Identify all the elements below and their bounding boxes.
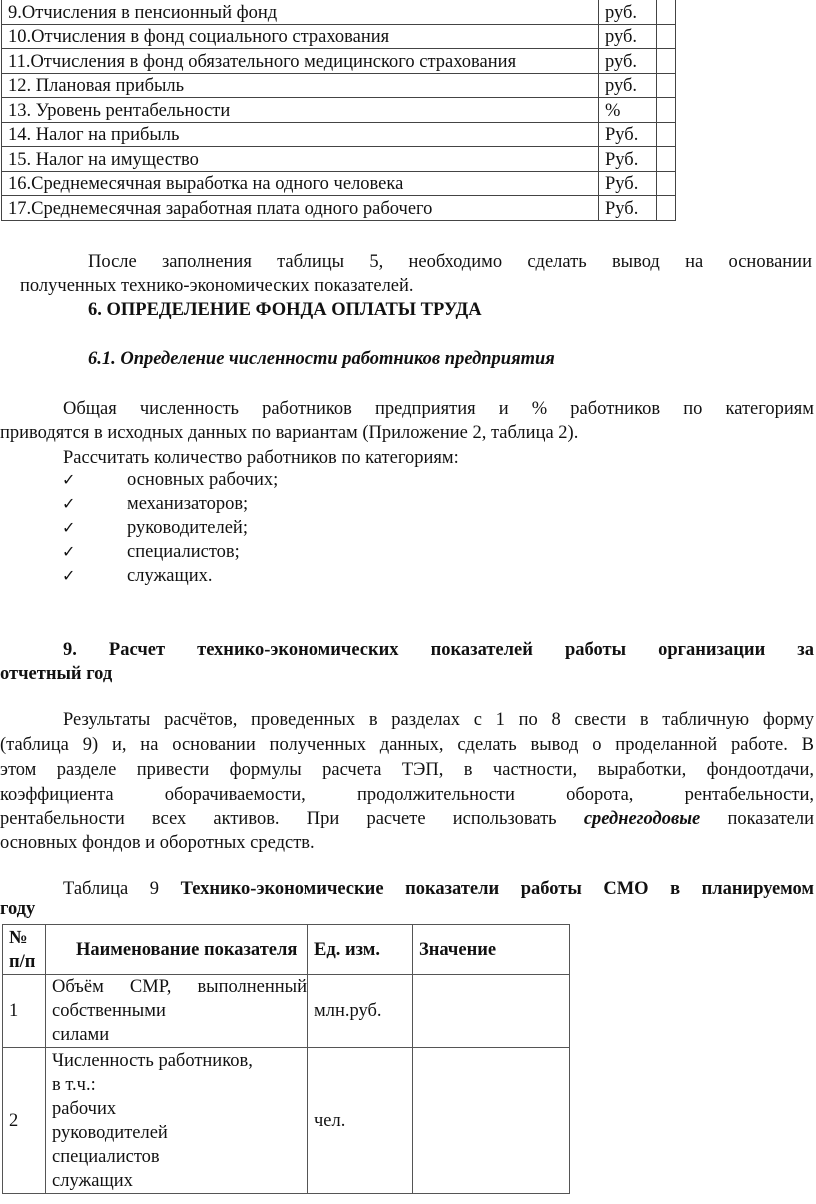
category-label: механизаторов; xyxy=(127,492,248,516)
table-row: 14. Налог на прибыльРуб. xyxy=(2,122,676,147)
headcount-paragraph-line1: Общая численность работников предприятия… xyxy=(63,397,814,422)
section-9-para-line1: Результаты расчётов, проведенных в разде… xyxy=(63,708,814,733)
section-9-heading-line2: отчетный год xyxy=(0,662,792,687)
table-9-title: Технико-экономические показатели работы … xyxy=(181,879,814,899)
para-text: показатели xyxy=(727,809,814,829)
indicator-value xyxy=(657,122,676,147)
row-value xyxy=(413,1048,570,1194)
table-row: 2 Численность работников, в т.ч.: рабочи… xyxy=(3,1048,570,1194)
table-row: 1 Объём СМР, выполненный собственнымисил… xyxy=(3,975,570,1048)
headcount-paragraph-line2: приводятся в исходных данных по варианта… xyxy=(0,421,792,446)
section-9-para-line6: основных фондов и оборотных средств. xyxy=(0,831,792,856)
emphasized-term: среднегодовые xyxy=(584,809,700,829)
table-9-label: Таблица 9 xyxy=(63,879,159,899)
section-9-para-line5: рентабельности всех активов. При расчете… xyxy=(0,807,814,832)
indicator-name: 16.Среднемесячная выработка на одного че… xyxy=(2,171,599,196)
indicator-value xyxy=(657,171,676,196)
indicator-name: 13. Уровень рентабельности xyxy=(2,98,599,123)
category-label: основных рабочих; xyxy=(127,468,278,492)
table-header-row: №п/п Наименование показателя Ед. изм. Зн… xyxy=(3,925,570,975)
conclusion-note-line1: После заполнения таблицы 5, необходимо с… xyxy=(88,250,812,275)
indicator-name: 10.Отчисления в фонд социального страхов… xyxy=(2,24,599,49)
para-text: рентабельности всех активов. При расчете… xyxy=(0,809,557,829)
header-unit: Ед. изм. xyxy=(308,925,413,975)
table-row: 16.Среднемесячная выработка на одного че… xyxy=(2,171,676,196)
row-value xyxy=(413,975,570,1048)
indicator-name: 15. Налог на имущество xyxy=(2,147,599,172)
category-label: специалистов; xyxy=(127,540,240,564)
table-row: 13. Уровень рентабельности% xyxy=(2,98,676,123)
table-9-caption-line2: году xyxy=(0,899,792,919)
indicator-value xyxy=(657,147,676,172)
indicator-unit: Руб. xyxy=(599,147,657,172)
indicator-unit: руб. xyxy=(599,73,657,98)
checkmark-icon: ✓ xyxy=(62,540,82,564)
row-unit: млн.руб. xyxy=(308,975,413,1048)
indicator-value xyxy=(657,196,676,221)
table-row: 11.Отчисления в фонд обязательного медиц… xyxy=(2,49,676,74)
indicator-value xyxy=(657,98,676,123)
indicator-name: 11.Отчисления в фонд обязательного медиц… xyxy=(2,49,599,74)
indicator-value xyxy=(657,73,676,98)
indicator-unit: руб. xyxy=(599,0,657,24)
row-number: 1 xyxy=(3,975,46,1048)
indicator-unit: Руб. xyxy=(599,122,657,147)
row-indicator-name: Объём СМР, выполненный собственнымисилам… xyxy=(46,975,308,1048)
indicator-value xyxy=(657,0,676,24)
indicator-name: 14. Налог на прибыль xyxy=(2,122,599,147)
indicator-value xyxy=(657,24,676,49)
checkmark-icon: ✓ xyxy=(62,492,82,516)
row-indicator-name: Численность работников, в т.ч.: рабочих … xyxy=(46,1048,308,1194)
table-row: 12. Плановая прибыльруб. xyxy=(2,73,676,98)
checkmark-icon: ✓ xyxy=(62,516,82,540)
indicator-value xyxy=(657,49,676,74)
section-6-heading: 6. ОПРЕДЕЛЕНИЕ ФОНДА ОПЛАТЫ ТРУДА xyxy=(88,298,816,323)
indicator-unit: % xyxy=(599,98,657,123)
section-9-heading-line1: 9. Расчет технико-экономических показате… xyxy=(63,638,814,663)
row-unit: чел. xyxy=(308,1048,413,1194)
category-label: служащих. xyxy=(127,564,212,588)
table-row: 15. Налог на имуществоРуб. xyxy=(2,147,676,172)
section-9-para-line4: коэффициента оборачиваемости, продолжите… xyxy=(0,783,814,808)
indicator-unit: руб. xyxy=(599,49,657,74)
indicator-name: 9.Отчисления в пенсионный фонд xyxy=(2,0,599,24)
table-9: №п/п Наименование показателя Ед. изм. Зн… xyxy=(2,924,570,1194)
table-row: 9.Отчисления в пенсионный фондруб. xyxy=(2,0,676,24)
indicator-unit: Руб. xyxy=(599,171,657,196)
header-number: №п/п xyxy=(3,925,46,975)
row-number: 2 xyxy=(3,1048,46,1194)
table-row: 10.Отчисления в фонд социального страхов… xyxy=(2,24,676,49)
indicators-table-continued: 9.Отчисления в пенсионный фондруб. 10.От… xyxy=(1,0,676,221)
conclusion-note-line2: полученных технико-экономических показат… xyxy=(20,274,812,299)
header-indicator-name: Наименование показателя xyxy=(46,925,308,975)
checkmark-icon: ✓ xyxy=(62,468,82,492)
indicator-name: 17.Среднемесячная заработная плата одног… xyxy=(2,196,599,221)
category-label: руководителей; xyxy=(127,516,248,540)
header-value: Значение xyxy=(413,925,570,975)
indicator-unit: руб. xyxy=(599,24,657,49)
checkmark-icon: ✓ xyxy=(62,564,82,588)
table-row: 17.Среднемесячная заработная плата одног… xyxy=(2,196,676,221)
indicator-name: 12. Плановая прибыль xyxy=(2,73,599,98)
section-6-1-subheading: 6.1. Определение численности работников … xyxy=(88,347,816,372)
section-9-para-line3: этом разделе привести формулы расчета ТЭ… xyxy=(0,758,814,783)
indicator-unit: Руб. xyxy=(599,196,657,221)
section-9-para-line2: (таблица 9) и, на основании полученных д… xyxy=(0,733,814,758)
